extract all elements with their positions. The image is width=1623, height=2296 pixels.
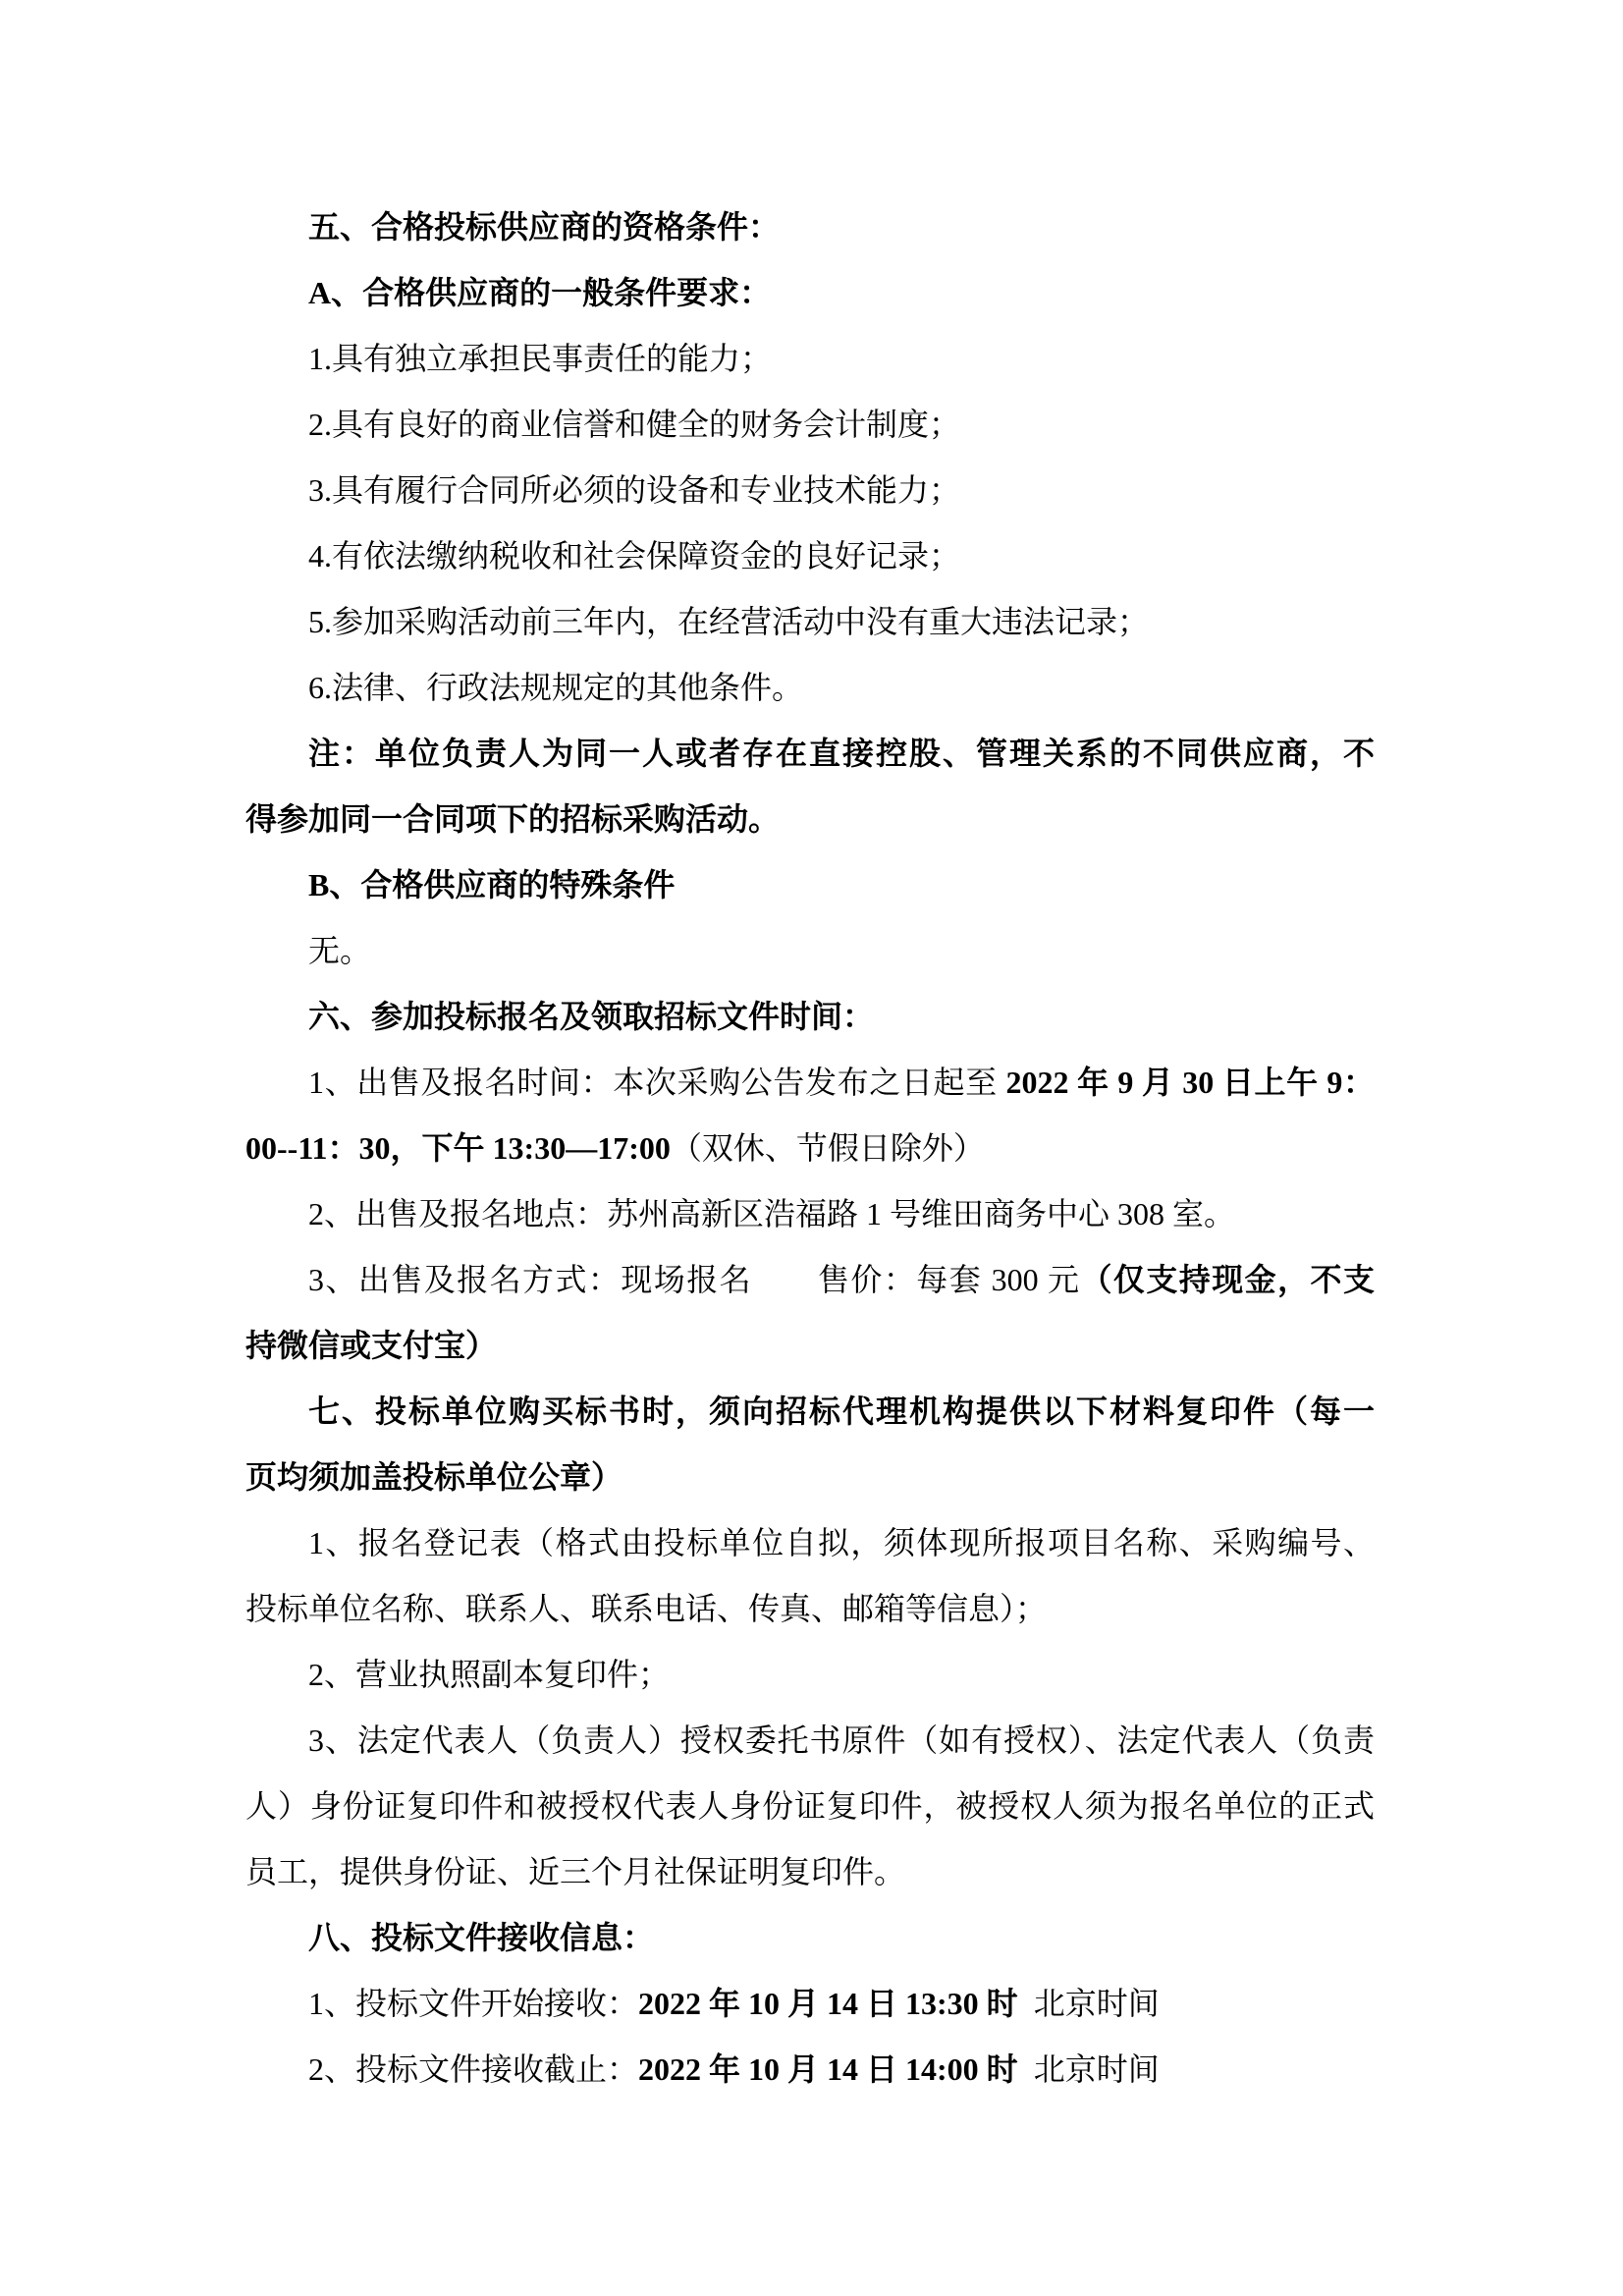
item-general-3: 3.具有履行合同所必须的设备和专业技术能力；: [245, 458, 1375, 523]
text-run: 2022 年 9 月 30 日上午 9：: [1005, 1065, 1375, 1100]
item-sale-location: 2、出售及报名地点：苏州高新区浩福路 1 号维田商务中心 308 室。: [245, 1181, 1375, 1247]
note-line-1: 注：单位负责人为同一人或者存在直接控股、管理关系的不同供应商，不: [245, 721, 1375, 787]
text-run: B、合格供应商的特殊条件: [308, 867, 675, 902]
item-material-3-line-3: 员工，提供身份证、近三个月社保证明复印件。: [245, 1839, 1375, 1905]
text-run: 2022 年 10 月 14 日 13:30 时: [638, 1986, 1018, 2021]
item-sale-time-line-1: 1、出售及报名时间：本次采购公告发布之日起至 2022 年 9 月 30 日上午…: [245, 1050, 1375, 1116]
heading-section-7-line-1: 七、投标单位购买标书时，须向招标代理机构提供以下材料复印件（每一: [245, 1379, 1375, 1445]
document-page: 五、合格投标供应商的资格条件： A、合格供应商的一般条件要求： 1.具有独立承担…: [0, 0, 1623, 2296]
text-run: 1.具有独立承担民事责任的能力；: [308, 341, 772, 376]
item-material-3-line-1: 3、法定代表人（负责人）授权委托书原件（如有授权）、法定代表人（负责: [245, 1708, 1375, 1774]
item-material-3-line-2: 人）身份证复印件和被授权代表人身份证复印件，被授权人须为报名单位的正式: [245, 1774, 1375, 1839]
text-run: 2022 年 10 月 14 日 14:00 时: [638, 2051, 1018, 2087]
item-receive-start: 1、投标文件开始接收：2022 年 10 月 14 日 13:30 时 北京时间: [245, 1971, 1375, 2037]
text-run: 持微信或支付宝）: [245, 1328, 497, 1363]
text-run: 七、投标单位购买标书时，须向招标代理机构提供以下材料复印件（每一: [308, 1394, 1375, 1429]
item-general-2: 2.具有良好的商业信誉和健全的财务会计制度；: [245, 392, 1375, 458]
heading-section-7-line-2: 页均须加盖投标单位公章）: [245, 1445, 1375, 1510]
special-conditions-none: 无。: [245, 918, 1375, 984]
item-sale-method-line-1: 3、出售及报名方式：现场报名 售价：每套 300 元（仅支持现金，不支: [245, 1247, 1375, 1313]
text-run: 八、投标文件接收信息：: [308, 1920, 654, 1955]
text-run: 员工，提供身份证、近三个月社保证明复印件。: [245, 1854, 905, 1889]
text-run: 6.法律、行政法规规定的其他条件。: [308, 670, 803, 705]
text-run: （双休、节假日除外）: [671, 1130, 985, 1166]
text-run: 注：单位负责人为同一人或者存在直接控股、管理关系的不同供应商，不: [308, 736, 1375, 771]
text-run: 1、出售及报名时间：本次采购公告发布之日起至: [308, 1065, 1005, 1100]
text-run: 人）身份证复印件和被授权代表人身份证复印件，被授权人须为报名单位的正式: [245, 1788, 1375, 1824]
item-general-1: 1.具有独立承担民事责任的能力；: [245, 326, 1375, 392]
text-run: 六、参加投标报名及领取招标文件时间：: [308, 999, 874, 1034]
heading-special-conditions: B、合格供应商的特殊条件: [245, 852, 1375, 918]
text-run: 2、投标文件接收截止：: [308, 2051, 638, 2087]
text-run: A、合格供应商的一般条件要求：: [308, 275, 771, 310]
text-run: 5.参加采购活动前三年内，在经营活动中没有重大违法记录；: [308, 604, 1149, 639]
item-receive-deadline: 2、投标文件接收截止：2022 年 10 月 14 日 14:00 时 北京时间: [245, 2037, 1375, 2103]
item-material-1-line-2: 投标单位名称、联系人、联系电话、传真、邮箱等信息）；: [245, 1576, 1375, 1642]
text-run: 投标单位名称、联系人、联系电话、传真、邮箱等信息）；: [245, 1591, 1047, 1626]
text-run: 3、出售及报名方式：现场报名 售价：每套 300 元: [308, 1262, 1080, 1297]
item-sale-method-line-2: 持微信或支付宝）: [245, 1313, 1375, 1379]
item-material-2: 2、营业执照副本复印件；: [245, 1642, 1375, 1708]
item-general-5: 5.参加采购活动前三年内，在经营活动中没有重大违法记录；: [245, 589, 1375, 655]
item-sale-time-line-2: 00--11：30，下午 13:30—17:00（双休、节假日除外）: [245, 1116, 1375, 1181]
text-run: 3、法定代表人（负责人）授权委托书原件（如有授权）、法定代表人（负责: [308, 1722, 1375, 1758]
text-run: 2、营业执照副本复印件；: [308, 1657, 670, 1692]
text-run: 4.有依法缴纳税收和社会保障资金的良好记录；: [308, 538, 960, 574]
heading-section-5: 五、合格投标供应商的资格条件：: [245, 194, 1375, 260]
item-general-6: 6.法律、行政法规规定的其他条件。: [245, 655, 1375, 721]
text-run: 3.具有履行合同所必须的设备和专业技术能力；: [308, 472, 960, 508]
text-run: 五、合格投标供应商的资格条件：: [308, 209, 780, 245]
text-run: 北京时间: [1018, 2051, 1160, 2087]
heading-section-6: 六、参加投标报名及领取招标文件时间：: [245, 984, 1375, 1050]
text-run: 得参加同一合同项下的招标采购活动。: [245, 801, 780, 837]
text-run: 1、投标文件开始接收：: [308, 1986, 638, 2021]
text-run: 2.具有良好的商业信誉和健全的财务会计制度；: [308, 407, 960, 442]
text-run: 00--11：30，下午 13:30—17:00: [245, 1130, 671, 1166]
item-material-1-line-1: 1、报名登记表（格式由投标单位自拟，须体现所报项目名称、采购编号、: [245, 1510, 1375, 1576]
text-run: 2、出售及报名地点：苏州高新区浩福路 1 号维田商务中心 308 室。: [308, 1196, 1235, 1231]
heading-general-conditions: A、合格供应商的一般条件要求：: [245, 260, 1375, 326]
item-general-4: 4.有依法缴纳税收和社会保障资金的良好记录；: [245, 523, 1375, 589]
heading-section-8: 八、投标文件接收信息：: [245, 1905, 1375, 1971]
text-run: （仅支持现金，不支: [1080, 1262, 1375, 1297]
text-run: 页均须加盖投标单位公章）: [245, 1459, 622, 1495]
text-run: 北京时间: [1018, 1986, 1160, 2021]
document-content: 五、合格投标供应商的资格条件： A、合格供应商的一般条件要求： 1.具有独立承担…: [245, 194, 1375, 2103]
text-run: 1、报名登记表（格式由投标单位自拟，须体现所报项目名称、采购编号、: [308, 1525, 1375, 1560]
text-run: 无。: [308, 933, 371, 968]
note-line-2: 得参加同一合同项下的招标采购活动。: [245, 787, 1375, 852]
